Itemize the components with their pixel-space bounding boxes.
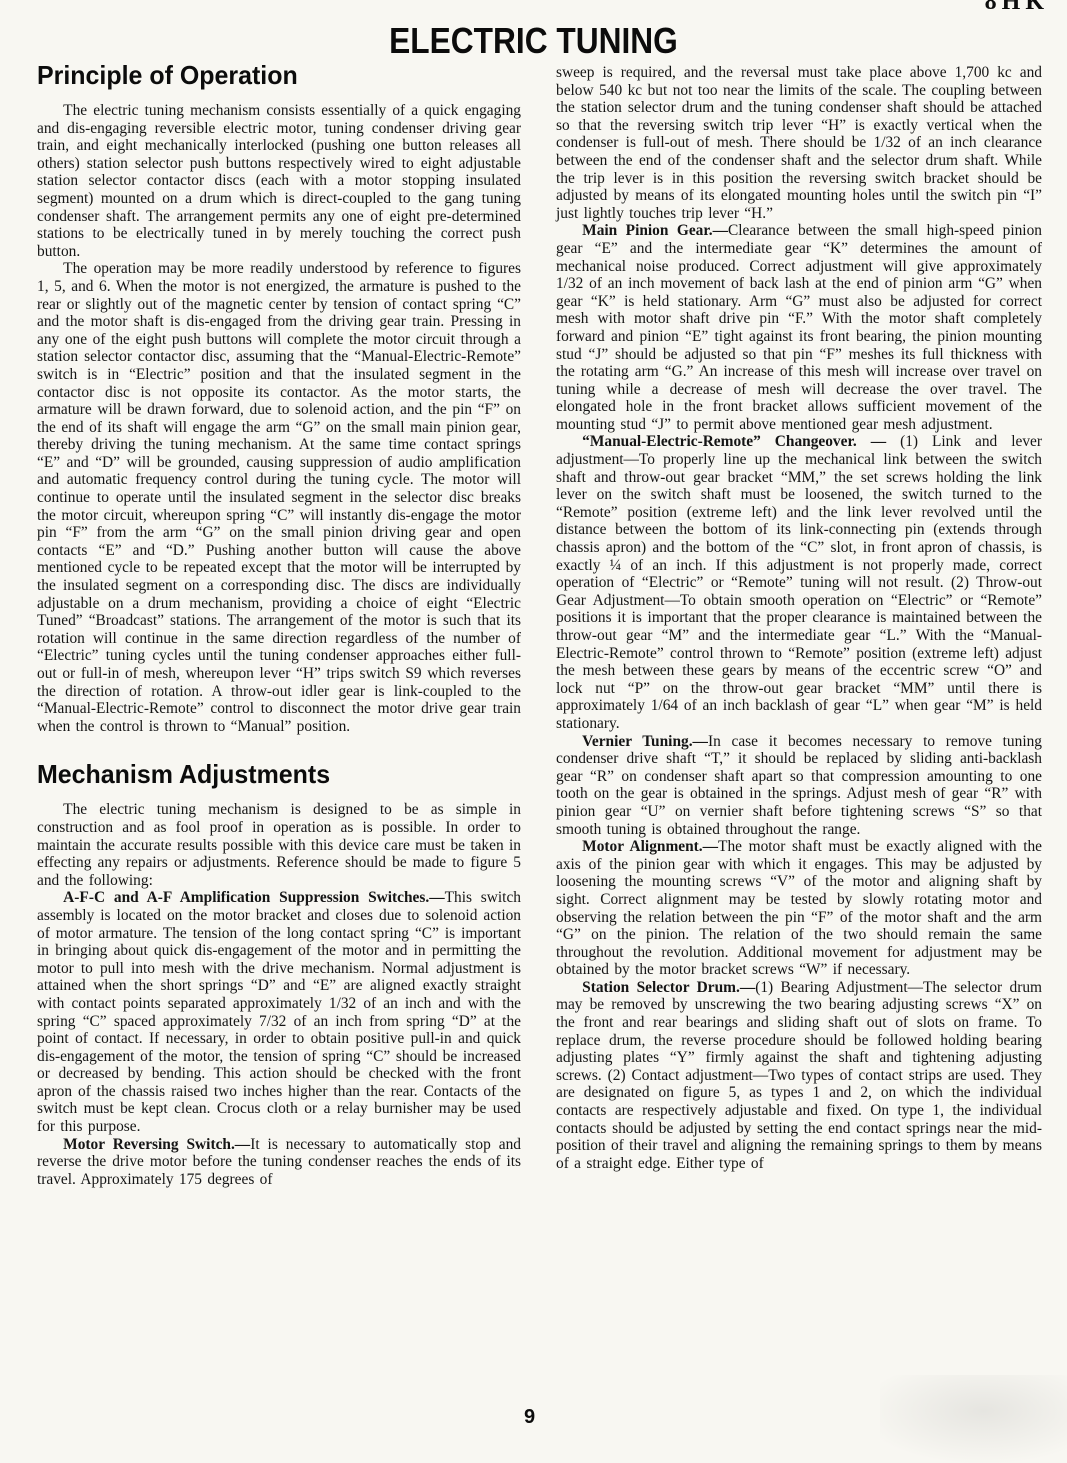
inline-heading-main-pinion-gear: Main Pinion Gear.— [582, 222, 728, 239]
inline-heading-station-selector-drum: Station Selector Drum.— [582, 979, 755, 996]
paragraph-principle-2: The operation may be more readily unders… [37, 260, 521, 735]
paragraph-text: (1) Bearing Adjustment—The selector drum… [556, 979, 1042, 1172]
paragraph-principle-1: The electric tuning mechanism consists e… [37, 102, 521, 260]
inline-heading-vernier-tuning: Vernier Tuning.— [582, 733, 708, 750]
paragraph-afc-suppression-switches: A-F-C and A-F Amplification Suppression … [37, 889, 521, 1135]
inline-heading-motor-alignment: Motor Alignment.— [582, 838, 718, 855]
paragraph-sweep-continuation: sweep is required, and the reversal must… [556, 64, 1042, 222]
paragraph-text: The motor shaft must be exactly aligned … [556, 838, 1042, 978]
paragraph-motor-alignment: Motor Alignment.—The motor shaft must be… [556, 838, 1042, 979]
manual-page: 8HK ELECTRIC TUNING Principle of Operati… [0, 0, 1067, 1463]
scan-smudge [880, 1375, 1067, 1463]
corner-mark-text: 8HK [985, 0, 1049, 13]
paragraph-manual-electric-remote-changeover: “Manual-Electric-Remote” Changeover. — (… [556, 433, 1042, 732]
paragraph-vernier-tuning: Vernier Tuning.—In case it becomes neces… [556, 733, 1042, 839]
paragraph-text: This switch assembly is located on the m… [37, 889, 521, 1135]
paragraph-motor-reversing-switch: Motor Reversing Switch.—It is necessary … [37, 1136, 521, 1189]
inline-heading-motor-reversing-switch: Motor Reversing Switch.— [63, 1136, 250, 1153]
inline-heading-manual-electric-remote-changeover: “Manual-Electric-Remote” Changeover. — [582, 433, 886, 450]
paragraph-text: Clearance between the small high-speed p… [556, 222, 1042, 433]
section-heading-principle-of-operation: Principle of Operation [37, 60, 502, 90]
paragraph-station-selector-drum: Station Selector Drum.—(1) Bearing Adjus… [556, 979, 1042, 1173]
inline-heading-afc-suppression-switches: A-F-C and A-F Amplification Suppression … [63, 889, 444, 906]
section-heading-mechanism-adjustments: Mechanism Adjustments [37, 759, 502, 789]
paragraph-main-pinion-gear: Main Pinion Gear.—Clearance between the … [556, 222, 1042, 433]
paragraph-mechanism-intro: The electric tuning mechanism is designe… [37, 801, 521, 889]
paragraph-text: (1) Link and lever adjustment—To properl… [556, 433, 1042, 732]
page-title: ELECTRIC TUNING [64, 20, 1003, 62]
page-number: 9 [524, 1406, 535, 1429]
left-column: Principle of Operation The electric tuni… [37, 60, 521, 1188]
corner-mark: 8HK [985, 0, 1049, 13]
right-column: sweep is required, and the reversal must… [556, 64, 1042, 1172]
